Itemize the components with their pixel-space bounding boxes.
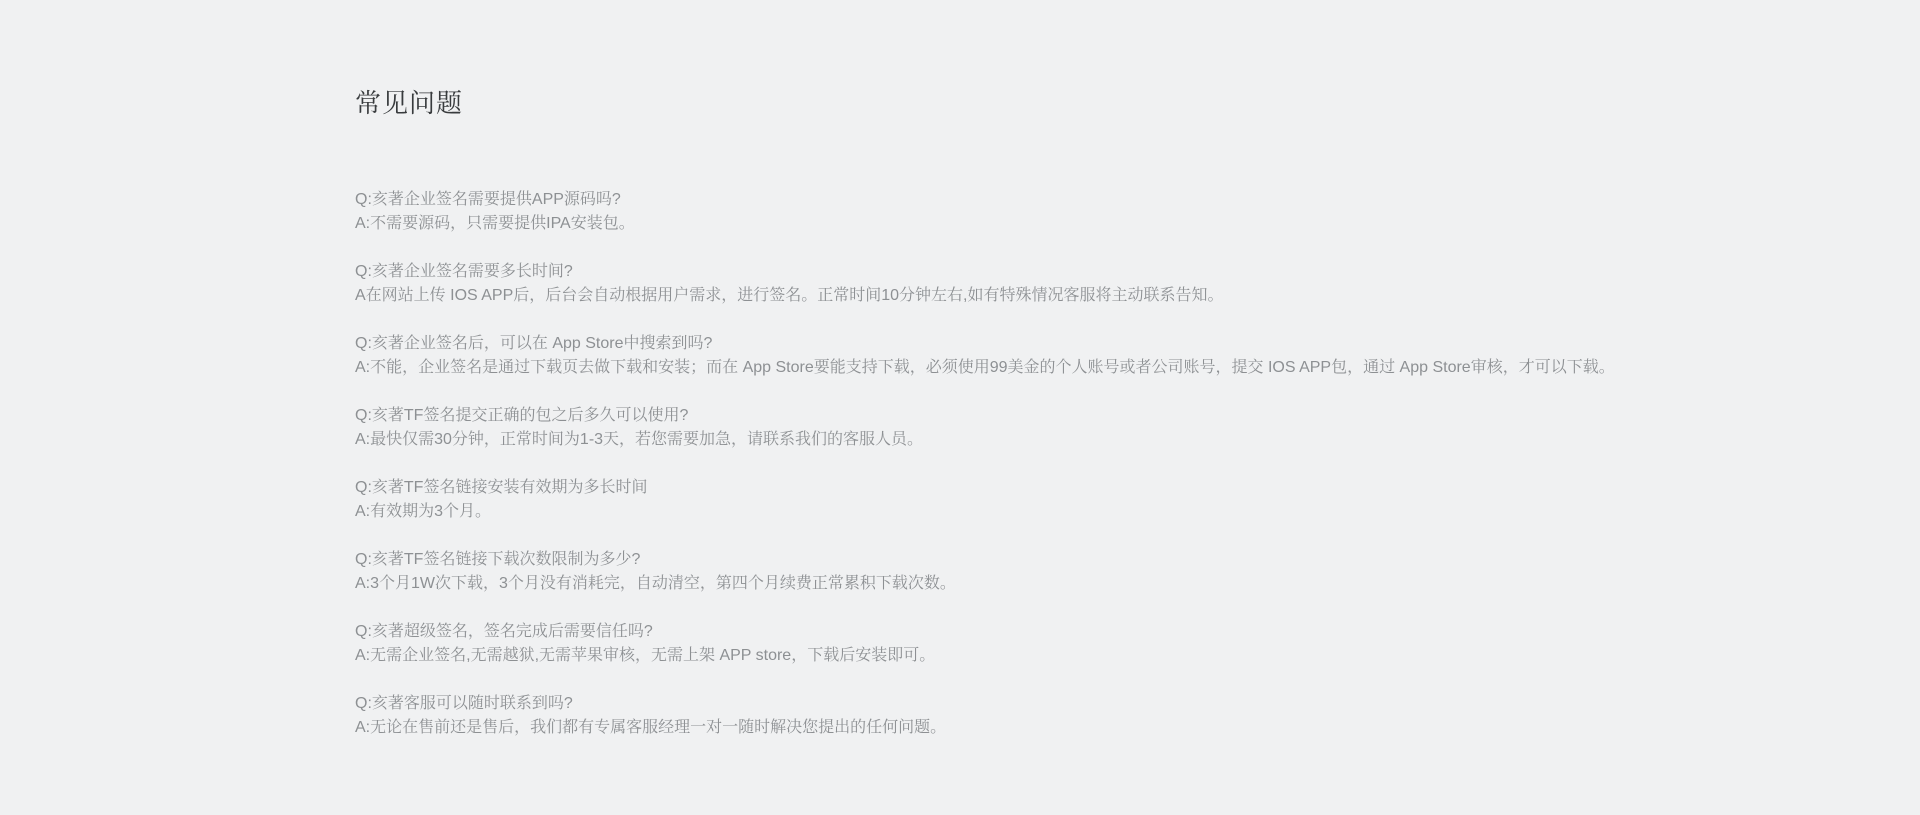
faq-item: Q:亥著TF签名提交正确的包之后多久可以使用? A:最快仅需30分钟，正常时间为… xyxy=(355,404,1565,452)
faq-item: Q:亥著TF签名链接下载次数限制为多少? A:3个月1W次下载，3个月没有消耗完… xyxy=(355,548,1565,596)
faq-question: Q:亥著企业签名后，可以在 App Store中搜索到吗? xyxy=(355,332,1565,356)
faq-item: Q:亥著超级签名，签名完成后需要信任吗? A:无需企业签名,无需越狱,无需苹果审… xyxy=(355,620,1565,668)
faq-answer: A:无论在售前还是售后，我们都有专属客服经理一对一随时解决您提出的任何问题。 xyxy=(355,716,1565,740)
faq-question: Q:亥著企业签名需要多长时间? xyxy=(355,260,1565,284)
page-title: 常见问题 xyxy=(355,88,1565,118)
faq-question: Q:亥著TF签名链接安装有效期为多长时间 xyxy=(355,476,1565,500)
faq-answer: A:有效期为3个月。 xyxy=(355,500,1565,524)
faq-list: Q:亥著企业签名需要提供APP源码吗? A:不需要源码，只需要提供IPA安装包。… xyxy=(355,188,1565,740)
faq-question: Q:亥著企业签名需要提供APP源码吗? xyxy=(355,188,1565,212)
faq-answer: A:无需企业签名,无需越狱,无需苹果审核，无需上架 APP store，下载后安… xyxy=(355,644,1565,668)
faq-question: Q:亥著客服可以随时联系到吗? xyxy=(355,692,1565,716)
faq-question: Q:亥著TF签名提交正确的包之后多久可以使用? xyxy=(355,404,1565,428)
faq-item: Q:亥著企业签名需要提供APP源码吗? A:不需要源码，只需要提供IPA安装包。 xyxy=(355,188,1565,236)
faq-item: Q:亥著企业签名后，可以在 App Store中搜索到吗? A:不能，企业签名是… xyxy=(355,332,1565,380)
faq-item: Q:亥著客服可以随时联系到吗? A:无论在售前还是售后，我们都有专属客服经理一对… xyxy=(355,692,1565,740)
faq-item: Q:亥著TF签名链接安装有效期为多长时间 A:有效期为3个月。 xyxy=(355,476,1565,524)
faq-section: 常见问题 Q:亥著企业签名需要提供APP源码吗? A:不需要源码，只需要提供IP… xyxy=(355,0,1565,740)
faq-answer: A:3个月1W次下载，3个月没有消耗完，自动清空，第四个月续费正常累积下载次数。 xyxy=(355,572,1565,596)
faq-question: Q:亥著TF签名链接下载次数限制为多少? xyxy=(355,548,1565,572)
faq-answer: A在网站上传 IOS APP后，后台会自动根据用户需求，进行签名。正常时间10分… xyxy=(355,284,1565,308)
faq-question: Q:亥著超级签名，签名完成后需要信任吗? xyxy=(355,620,1565,644)
faq-item: Q:亥著企业签名需要多长时间? A在网站上传 IOS APP后，后台会自动根据用… xyxy=(355,260,1565,308)
faq-answer: A:不能，企业签名是通过下载页去做下载和安装；而在 App Store要能支持下… xyxy=(355,356,1565,380)
faq-answer: A:不需要源码，只需要提供IPA安装包。 xyxy=(355,212,1565,236)
faq-answer: A:最快仅需30分钟，正常时间为1-3天，若您需要加急，请联系我们的客服人员。 xyxy=(355,428,1565,452)
